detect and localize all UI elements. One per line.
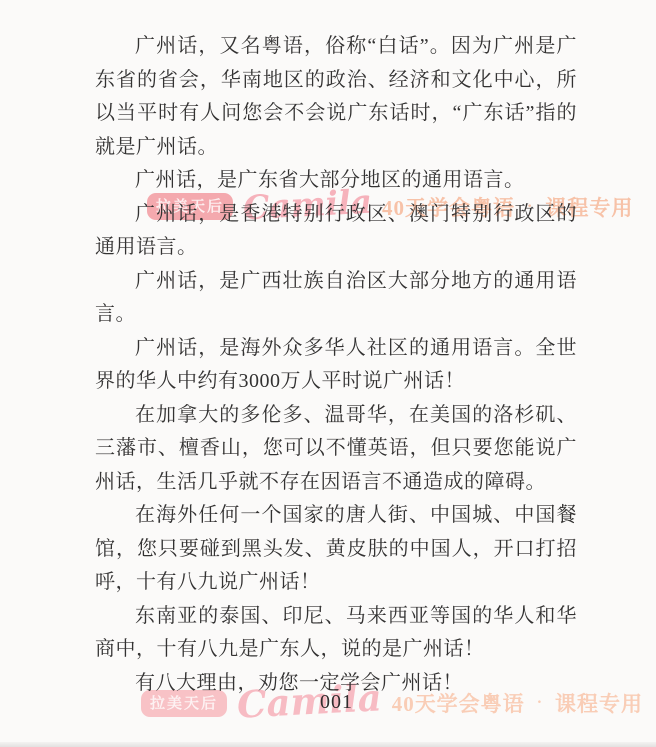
- page-bottom-edge: [0, 742, 656, 747]
- paragraph-hongkong-macau: 广州话，是香港特别行政区、澳门特别行政区的通用语言。: [95, 198, 577, 265]
- paragraph-guangxi: 广州话，是广西壮族自治区大部分地方的通用语言。: [95, 265, 577, 332]
- paragraph-chinatown: 在海外任何一个国家的唐人街、中国城、中国餐馆，您只要碰到黑头发、黄皮肤的中国人，…: [95, 499, 577, 600]
- page-number: 001: [320, 691, 353, 714]
- book-page: 拉美天后 Camila 40天学会粤语 · 课程专用 拉美天后 Camila 4…: [0, 0, 656, 747]
- paragraph-southeast-asia: 东南亚的泰国、印尼、马来西亚等国的华人和华商中，十有八九是广东人，说的是广州话！: [95, 600, 577, 667]
- paragraph-guangdong: 广州话，是广东省大部分地区的通用语言。: [95, 164, 577, 198]
- paragraph-overseas-communities: 广州话，是海外众多华人社区的通用语言。全世界的华人中约有3000万人平时说广州话…: [95, 332, 577, 399]
- paragraph-intro: 广州话，又名粤语，俗称“白话”。因为广州是广东省的省会，华南地区的政治、经济和文…: [95, 30, 577, 164]
- page-text: 广州话，又名粤语，俗称“白话”。因为广州是广东省的省会，华南地区的政治、经济和文…: [95, 30, 577, 700]
- paragraph-north-america: 在加拿大的多伦多、温哥华，在美国的洛杉矶、三藩市、檀香山，您可以不懂英语，但只要…: [95, 399, 577, 500]
